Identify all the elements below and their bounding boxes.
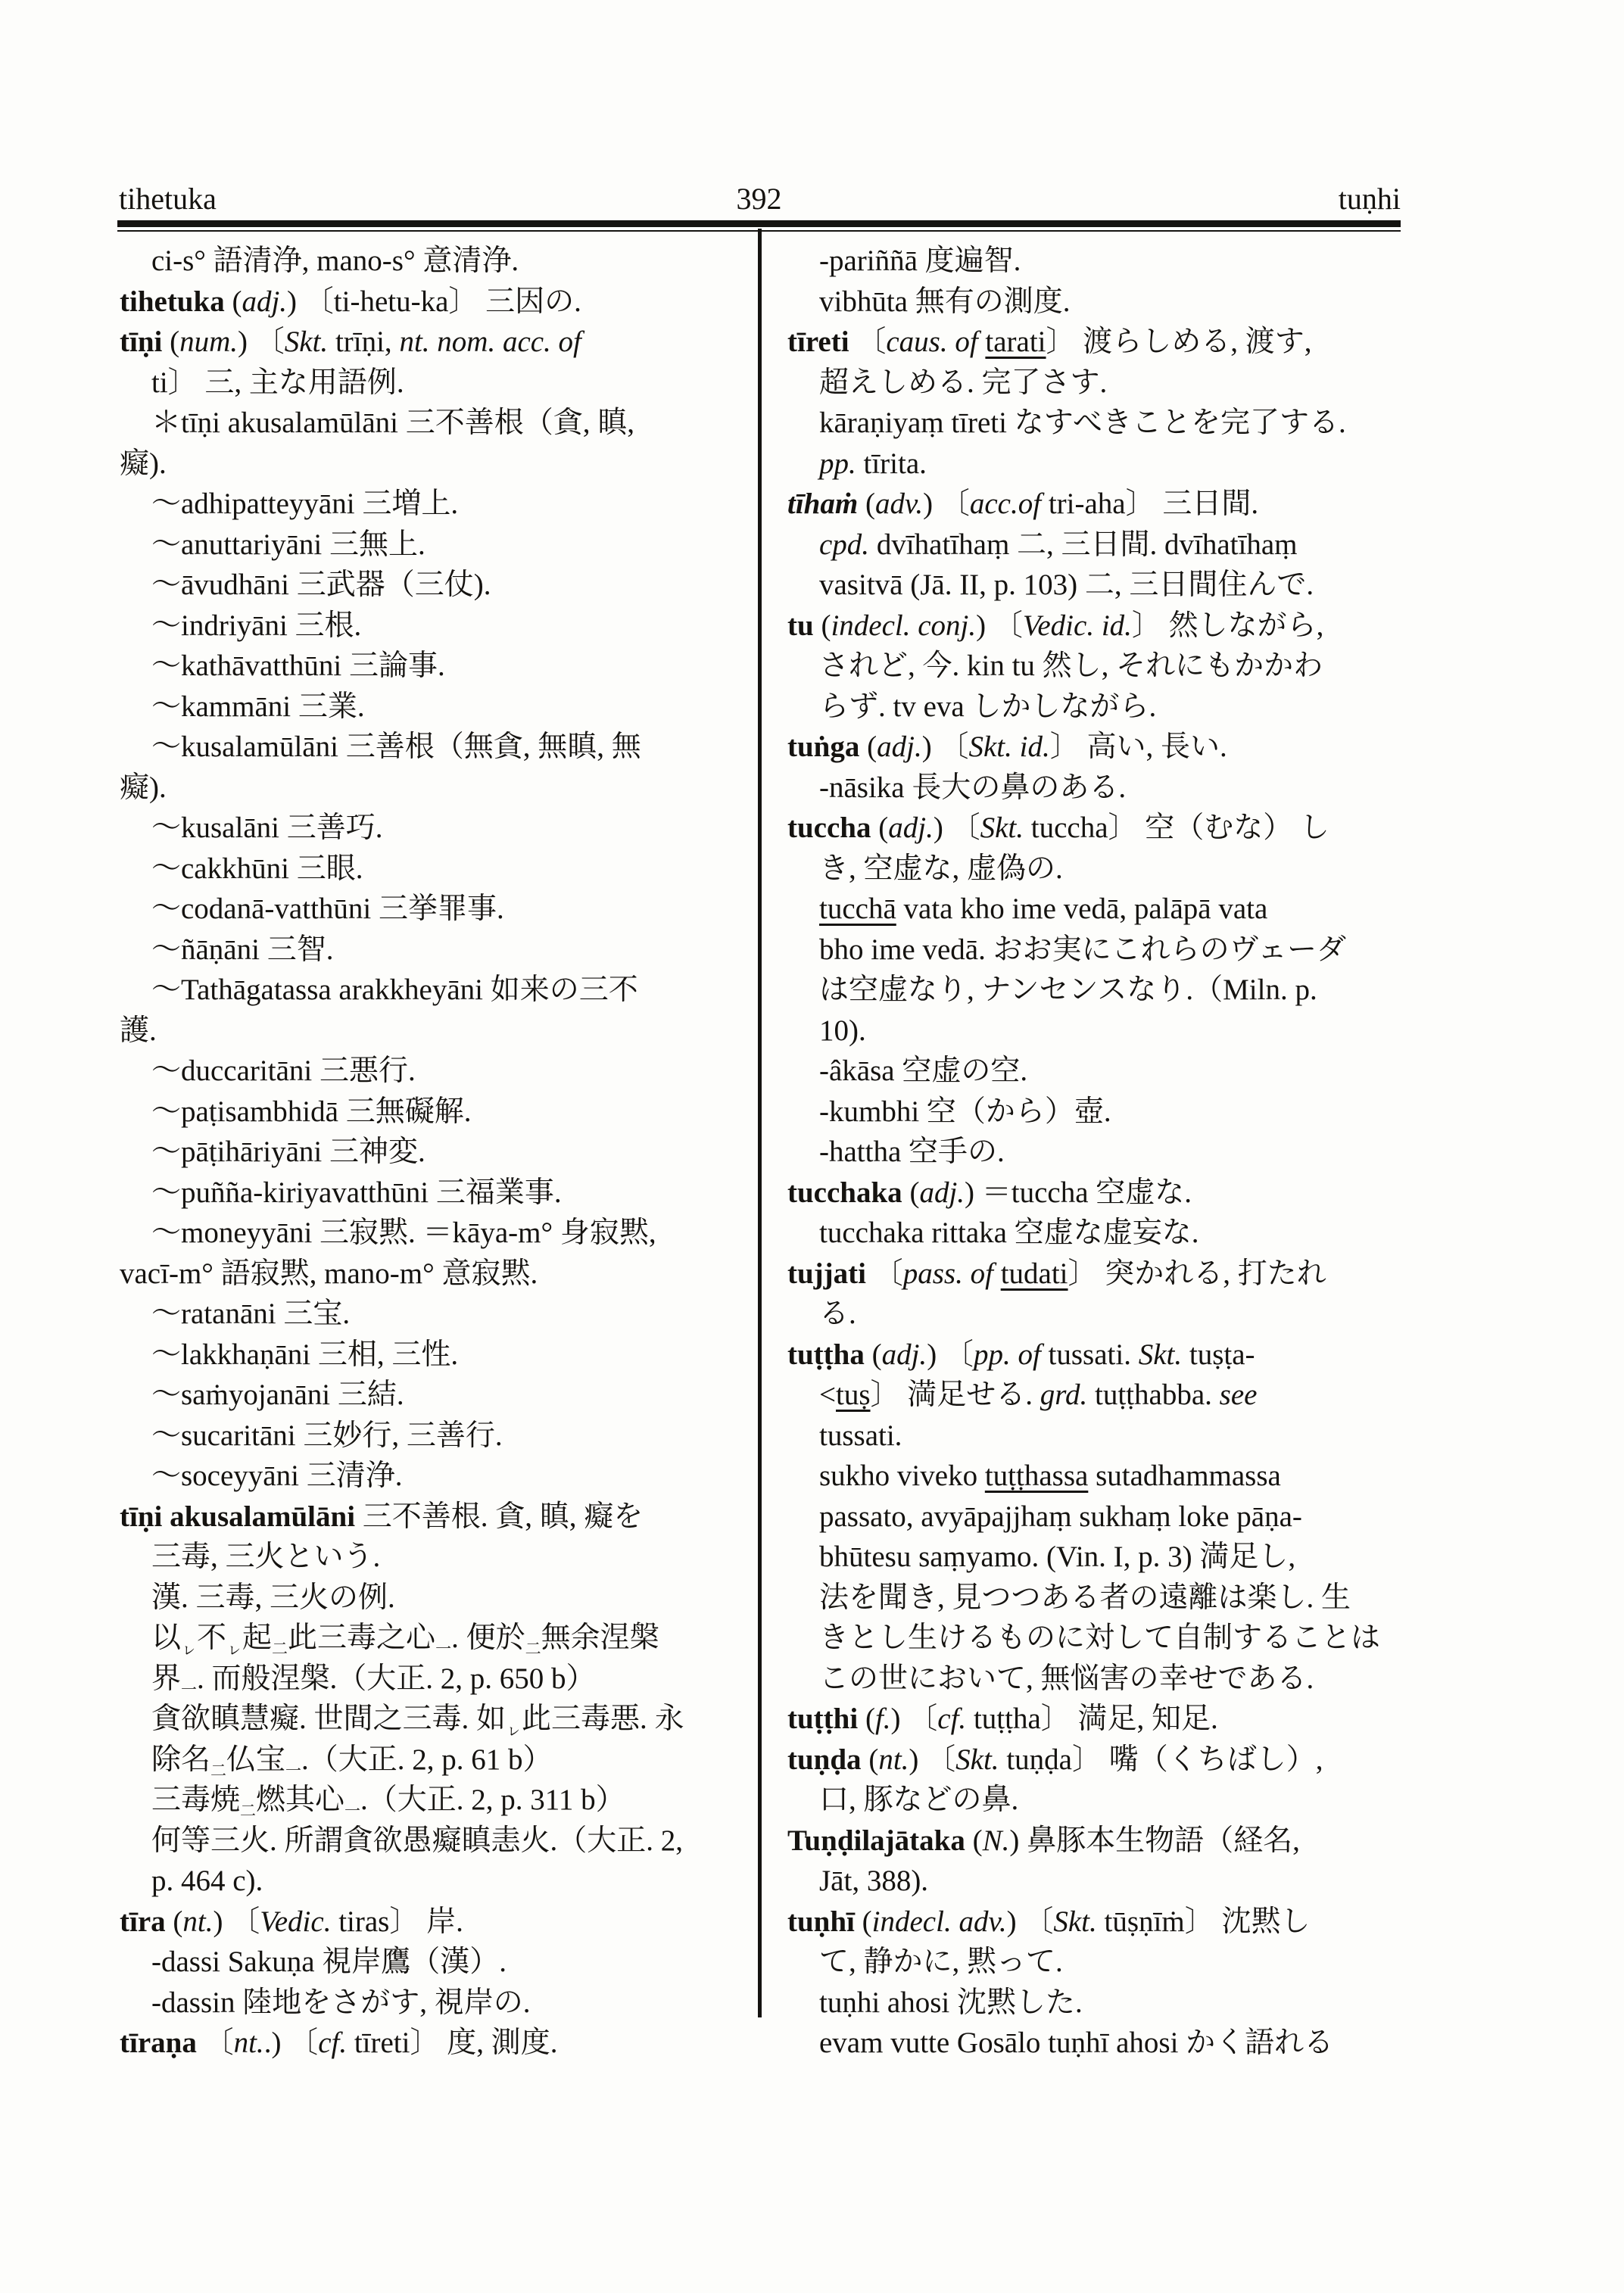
dictionary-line: 貪欲瞋慧癡. 世間之三毒. 如ㇾ此三毒悪. 永 (120, 1699, 756, 1740)
line-text: adj. (882, 1338, 927, 1371)
line-text: 除名 (151, 1743, 210, 1776)
line-text: 〕 渡らしめる, 渡す, (1046, 326, 1312, 358)
dictionary-line: -âkāsa 空虚の空. (787, 1051, 1435, 1092)
line-text: ( (859, 731, 877, 763)
line-text: て, 静かに, 黙って. (819, 1946, 1063, 1978)
dictionary-page: tihetuka 392 tuṇhi ci-s° 語清浄, mano-s° 意清… (0, 0, 1624, 2293)
line-text: ㇾ (226, 1640, 242, 1658)
line-text: 〔 (849, 326, 887, 358)
line-text: 〜kusalamūlāni 三善根（無貪, 無瞋, 無 (151, 731, 641, 763)
dictionary-line: 三毒, 三火という. (120, 1537, 756, 1578)
line-text: 〜āvudhāni 三武器（三仗). (151, 569, 491, 601)
line-text: tuṭṭha〕 満足, 知足. (966, 1703, 1218, 1735)
dictionary-line: pp. tīrita. (787, 444, 1435, 484)
line-text: tuṣ (836, 1379, 871, 1411)
line-text: cpd. (819, 528, 869, 561)
line-text: ( (814, 609, 831, 642)
dictionary-line: この世において, 無悩害の幸せである. (787, 1659, 1435, 1699)
line-text: 〕 然しながら, (1132, 609, 1324, 642)
line-text: -dassi Sakuṇa 視岸鷹（漢）. (151, 1946, 507, 1978)
headword-text: Tuṇḍilajātaka (787, 1824, 965, 1857)
dictionary-line: 10). (787, 1011, 1435, 1051)
line-text (978, 326, 986, 358)
dictionary-line: 〜kusalāni 三善巧. (120, 808, 756, 849)
line-text: 癡). (120, 771, 167, 804)
line-text: 二 (272, 1640, 288, 1658)
dictionary-line: <tuṣ〕 満足せる. grd. tuṭṭhabba. see (787, 1375, 1435, 1416)
line-text: . 便於 (451, 1622, 525, 1654)
line-text (993, 1257, 1001, 1290)
line-text: vacī-m° 語寂黙, mano-m° 意寂黙. (120, 1257, 538, 1290)
line-text: 〜cakkhūni 三眼. (151, 852, 363, 885)
line-text: ㇾ (506, 1721, 522, 1739)
line-text: きとし生けるものに対して自制することは (819, 1622, 1380, 1654)
dictionary-line: tīhaṁ (adv.) 〔acc.of tri-aha〕 三日間. (787, 484, 1435, 525)
dictionary-line: 〜āvudhāni 三武器（三仗). (120, 565, 756, 606)
line-text: 一 (181, 1681, 197, 1699)
headword-text: tuṇhī (787, 1905, 855, 1938)
line-text: ( (858, 488, 875, 520)
dictionary-line: 〜adhipatteyyāni 三増上. (120, 484, 756, 525)
dictionary-line: 〜kammāni 三業. (120, 687, 756, 727)
line-text: sukho viveko (819, 1460, 985, 1492)
line-text: ) 鼻豚本生物語（経名, (1009, 1824, 1300, 1857)
headword-text: tīhaṁ (787, 488, 858, 520)
dictionary-line: -dassin 陸地をさがす, 視岸の. (120, 1983, 756, 2024)
dictionary-line: されど, 今. kin tu 然し, それにもかかわ (787, 646, 1435, 687)
line-text: f. (875, 1703, 891, 1735)
line-text: この世において, 無悩害の幸せである. (819, 1662, 1314, 1695)
line-text: .（大正. 2, p. 311 b） (360, 1784, 625, 1816)
line-text: Vedic. id. (1023, 609, 1132, 642)
line-text: 一 (285, 1762, 301, 1780)
dictionary-line: tuṇḍa (nt.) 〔Skt. tuṇḍa〕 嘴（くちばし）, (787, 1740, 1435, 1781)
line-text: 不 (197, 1622, 226, 1654)
dictionary-line: は空虚なり, ナンセンスなり.（Miln. p. (787, 970, 1435, 1011)
line-text: ti〕 三, 主な用語例. (151, 366, 404, 399)
line-text: acc.of (970, 488, 1041, 520)
dictionary-line: Tuṇḍilajātaka (N.) 鼻豚本生物語（経名, (787, 1821, 1435, 1862)
line-text: 燃其心 (256, 1784, 344, 1816)
dictionary-line: る. (787, 1294, 1435, 1335)
line-text: る. (819, 1298, 856, 1330)
line-text: 口, 豚などの鼻. (819, 1784, 1018, 1816)
dictionary-line: tīreti 〔caus. of tarati〕 渡らしめる, 渡す, (787, 322, 1435, 363)
line-text: ( (855, 1905, 872, 1938)
line-text: 漢. 三毒, 三火の例. (151, 1581, 395, 1614)
line-text: ( (166, 1905, 183, 1938)
dictionary-line: 〜paṭisambhidā 三無礙解. (120, 1092, 756, 1132)
line-text: ) 〔 (934, 812, 980, 844)
dictionary-line: Jāt, 388). (787, 1861, 1435, 1902)
line-text: indecl. adv. (872, 1905, 1007, 1938)
line-text: tussati. (819, 1419, 902, 1452)
line-text: 此三毒悪. 永 (522, 1703, 684, 1735)
dictionary-line: -pariññā 度遍智. (787, 241, 1435, 282)
line-text: p. 464 c). (151, 1865, 263, 1897)
dictionary-line: bho ime vedā. おお実にこれらのヴェーダ (787, 930, 1435, 970)
dictionary-line: ci-s° 語清浄, mano-s° 意清浄. (120, 241, 756, 282)
line-text: adj. (919, 1176, 965, 1209)
dictionary-line: 漢. 三毒, 三火の例. (120, 1578, 756, 1618)
line-text: vasitvā (Jā. II, p. 103) 二, 三日間住んで. (819, 569, 1314, 601)
line-text: ) 〔 (238, 326, 285, 358)
line-text: tudati (1001, 1257, 1068, 1290)
line-text: 〜ratanāni 三宝. (151, 1298, 350, 1330)
dictionary-line: -nāsika 長大の鼻のある. (787, 768, 1435, 808)
dictionary-line: 〜soceyyāni 三清浄. (120, 1456, 756, 1497)
line-text: Skt. (955, 1743, 999, 1776)
headword-text: tu (787, 609, 814, 642)
headword-text: tucchaka (787, 1176, 902, 1209)
dictionary-line: 〜ñāṇāni 三智. (120, 930, 756, 970)
dictionary-line: き, 空虚な, 虚偽の. (787, 849, 1435, 889)
line-text: evam vutte Gosālo tuṇhī ahosi かく語れる (819, 2027, 1333, 2059)
dictionary-line: tīṇi akusalamūlāni 三不善根. 貪, 瞋, 癡を (120, 1497, 756, 1537)
line-text: 〜kathāvatthūni 三論事. (151, 650, 445, 682)
line-text: dvīhatīhaṃ 二, 三日間. dvīhatīhaṃ (869, 528, 1297, 561)
dictionary-line: tussati. (787, 1416, 1435, 1456)
dictionary-line: tīṇi (num.) 〔Skt. trīṇi, nt. nom. acc. o… (120, 322, 756, 363)
line-text: ci-s° 語清浄, mano-s° 意清浄. (151, 245, 519, 277)
line-text: tīreti〕 度, 測度. (347, 2027, 557, 2059)
line-text: tuṭṭhassa (985, 1460, 1088, 1492)
line-text: bho ime vedā. おお実にこれらのヴェーダ (819, 933, 1346, 966)
dictionary-line: 〜lakkhaṇāni 三相, 三性. (120, 1335, 756, 1375)
line-text: ( (871, 812, 889, 844)
line-text: -hattha 空手の. (819, 1136, 1005, 1168)
line-text: は空虚なり, ナンセンスなり.（Miln. p. (819, 974, 1317, 1006)
line-text: 〜ñāṇāni 三智. (151, 933, 333, 966)
line-text: Skt. (1139, 1338, 1182, 1371)
line-text: 〜duccaritāni 三悪行. (151, 1055, 416, 1087)
line-text: 〜anuttariyāni 三無上. (151, 528, 425, 561)
dictionary-line: 〜ratanāni 三宝. (120, 1294, 756, 1335)
line-text: num. (179, 326, 238, 358)
headword-text: tīreti (787, 326, 849, 358)
dictionary-line: tuṅga (adj.) 〔Skt. id.〕 高い, 長い. (787, 727, 1435, 768)
dictionary-line: 界一. 而般涅槃.（大正. 2, p. 650 b） (120, 1659, 756, 1699)
dictionary-line: きとし生けるものに対して自制することは (787, 1618, 1435, 1659)
line-text: . 而般涅槃.（大正. 2, p. 650 b） (197, 1662, 596, 1695)
dictionary-line: tīra (nt.) 〔Vedic. tiras〕 岸. (120, 1902, 756, 1943)
dictionary-line: p. 464 c). (120, 1861, 756, 1902)
line-text: indecl. conj. (831, 609, 976, 642)
dictionary-line: 〜kusalamūlāni 三善根（無貪, 無瞋, 無 (120, 727, 756, 768)
dictionary-line: 〜kathāvatthūni 三論事. (120, 646, 756, 687)
dictionary-line: 法を聞き, 見つつある者の遠離は楽し. 生 (787, 1578, 1435, 1618)
dictionary-line: vasitvā (Jā. II, p. 103) 二, 三日間住んで. (787, 565, 1435, 606)
line-text: ) 〔 (976, 609, 1023, 642)
line-text: see (1220, 1379, 1258, 1411)
line-text: き, 空虚な, 虚偽の. (819, 852, 1063, 885)
line-text: 〜kusalāni 三善巧. (151, 812, 382, 844)
headword-text: tīra (120, 1905, 166, 1938)
line-text: tucchā (819, 893, 896, 925)
dictionary-line: 癡). (120, 444, 756, 484)
dictionary-line: 除名二仏宝一.（大正. 2, p. 61 b） (120, 1740, 756, 1781)
running-head: tihetuka 392 tuṇhi (117, 180, 1401, 218)
line-text: tuṇhi ahosi 沈黙した. (819, 1986, 1083, 2019)
line-text: 貪欲瞋慧癡. 世間之三毒. 如 (151, 1703, 506, 1735)
line-text: adj. (242, 285, 287, 318)
dictionary-line: tuṭṭha (adj.) 〔pp. of tussati. Skt. tuṣṭ… (787, 1335, 1435, 1375)
line-text: ) 〔 (909, 1743, 955, 1776)
dictionary-line: cpd. dvīhatīhaṃ 二, 三日間. dvīhatīhaṃ (787, 525, 1435, 565)
line-text: 二 (240, 1802, 256, 1820)
line-text: tri-aha〕 三日間. (1041, 488, 1258, 520)
dictionary-line: 護. (120, 1011, 756, 1051)
line-text: 一 (344, 1802, 360, 1820)
page-number: 392 (117, 180, 1401, 218)
dictionary-line: 〜moneyyāni 三寂黙. ＝kāya-m° 身寂黙, (120, 1213, 756, 1254)
line-text: tussati. (1041, 1338, 1139, 1371)
line-text: 三毒, 三火という. (151, 1541, 380, 1573)
line-text: 護. (120, 1014, 157, 1047)
dictionary-line: 以ㇾ不ㇾ起二此三毒之心一. 便於二無余涅槃 (120, 1618, 756, 1659)
headword-text: tīraṇa (120, 2027, 197, 2059)
line-text: cf. (318, 2027, 347, 2059)
dictionary-line: tucchaka rittaka 空虚な虚妄な. (787, 1213, 1435, 1254)
line-text: 〜codanā-vatthūni 三挙罪事. (151, 893, 504, 925)
line-text: adj. (888, 812, 934, 844)
line-text: tīrita. (856, 447, 927, 480)
line-text: 二 (210, 1762, 226, 1780)
line-text: 〜lakkhaṇāni 三相, 三性. (151, 1338, 458, 1371)
dictionary-line: ＊tīṇi akusalamūlāni 三不善根（貪, 瞋, (120, 403, 756, 444)
dictionary-line: tu (indecl. conj.) 〔Vedic. id.〕 然しながら, (787, 606, 1435, 646)
line-text: ( (862, 1743, 879, 1776)
line-text: tiras〕 岸. (331, 1905, 463, 1938)
headword-text: tujjati (787, 1257, 866, 1290)
line-text: ) 〔 (1007, 1905, 1054, 1938)
dictionary-line: tuṇhi ahosi 沈黙した. (787, 1983, 1435, 2024)
line-text: Skt. (285, 326, 328, 358)
line-text: 三毒焼 (151, 1784, 240, 1816)
line-text: 仏宝 (226, 1743, 285, 1776)
line-text: -dassin 陸地をさがす, 視岸の. (151, 1986, 531, 2019)
line-text: Jāt, 388). (819, 1865, 928, 1897)
line-text: 以 (151, 1622, 181, 1654)
line-text: N. (983, 1824, 1010, 1857)
line-text: ( (965, 1824, 983, 1857)
dictionary-line: 〜puñña-kiriyavatthūni 三福業事. (120, 1173, 756, 1213)
line-text: nt. nom. acc. of (399, 326, 581, 358)
line-text: 〔 (866, 1257, 903, 1290)
dictionary-line: vacī-m° 語寂黙, mano-m° 意寂黙. (120, 1254, 756, 1294)
line-text: ㇾ (181, 1640, 197, 1658)
line-text: tuṭṭhabba. (1087, 1379, 1219, 1411)
dictionary-line: -kumbhi 空（から）壺. (787, 1092, 1435, 1132)
dictionary-line: -dassi Sakuṇa 視岸鷹（漢）. (120, 1942, 756, 1983)
line-text: .) 〔 (264, 2027, 319, 2059)
headword-text: tīṇi akusalamūlāni (120, 1500, 355, 1533)
line-text: 〜sucaritāni 三妙行, 三善行. (151, 1419, 503, 1452)
dictionary-line: 癡). (120, 768, 756, 808)
line-text: 何等三火. 所謂貪欲愚癡瞋恚火.（大正. 2, (151, 1824, 683, 1857)
line-text: 〔 (197, 2027, 234, 2059)
line-text: -nāsika 長大の鼻のある. (819, 771, 1126, 804)
right-column: -pariññā 度遍智.vibhūta 無有の測度.tīreti 〔caus.… (787, 241, 1435, 2064)
line-text: -âkāsa 空虚の空. (819, 1055, 1027, 1087)
dictionary-line: sukho viveko tuṭṭhassa sutadhammassa (787, 1456, 1435, 1497)
dictionary-line: kāraṇiyaṃ tīreti なすべきことを完了する. (787, 403, 1435, 444)
line-text: 法を聞き, 見つつある者の遠離は楽し. 生 (819, 1581, 1351, 1614)
line-text: 〜soceyyāni 三清浄. (151, 1460, 402, 1492)
headword-text: tuṅga (787, 731, 859, 763)
line-text: -pariññā 度遍智. (819, 245, 1021, 277)
line-text: されど, 今. kin tu 然し, それにもかかわ (819, 650, 1323, 682)
dictionary-line: て, 静かに, 黙って. (787, 1942, 1435, 1983)
line-text: -kumbhi 空（から）壺. (819, 1095, 1111, 1128)
line-text: < (819, 1379, 836, 1411)
line-text: tuccha〕 空（むな） し (1024, 812, 1329, 844)
line-text: Skt. (980, 812, 1024, 844)
line-text: ) 〔 (922, 731, 969, 763)
dictionary-line: tuṭṭhi (f.) 〔cf. tuṭṭha〕 満足, 知足. (787, 1699, 1435, 1740)
headword-text: tuṭṭhi (787, 1703, 858, 1735)
headword-text: tīṇi (120, 326, 162, 358)
line-text: 〕 突かれる, 打たれ (1068, 1257, 1326, 1290)
dictionary-line: 〜saṁyojanāni 三結. (120, 1375, 756, 1416)
dictionary-line: 超えしめる. 完了さす. (787, 363, 1435, 403)
line-text: nt. (878, 1743, 909, 1776)
headword-text: tuccha (787, 812, 871, 844)
dictionary-line: passato, avyāpajjhaṃ sukhaṃ loke pāṇa- (787, 1497, 1435, 1537)
dictionary-line: tucchaka (adj.) ＝tuccha 空虚な. (787, 1173, 1435, 1213)
dictionary-line: ti〕 三, 主な用語例. (120, 363, 756, 403)
line-text: vata kho ime vedā, palāpā vata (896, 893, 1268, 925)
dictionary-line: 〜sucaritāni 三妙行, 三善行. (120, 1416, 756, 1456)
dictionary-line: 〜duccaritāni 三悪行. (120, 1051, 756, 1092)
line-text: ( (865, 1338, 882, 1371)
line-text: adv. (875, 488, 923, 520)
line-text: ( (902, 1176, 920, 1209)
line-text: 超えしめる. 完了さす. (819, 366, 1107, 399)
line-text: .（大正. 2, p. 61 b） (301, 1743, 553, 1776)
dictionary-line: tucchā vata kho ime vedā, palāpā vata (787, 889, 1435, 930)
line-text: pp. of (974, 1338, 1041, 1371)
line-text: 〜saṁyojanāni 三結. (151, 1379, 404, 1411)
dictionary-line: 〜anuttariyāni 三無上. (120, 525, 756, 565)
line-text: bhūtesu saṃyamo. (Vin. I, p. 3) 満足し, (819, 1541, 1295, 1573)
line-text: sutadhammassa (1088, 1460, 1281, 1492)
line-text: pass. of (903, 1257, 993, 1290)
line-text: 〕 満足せる. (871, 1379, 1040, 1411)
line-text: らず. tv eva しかしながら. (819, 690, 1156, 723)
dictionary-line: 〜codanā-vatthūni 三挙罪事. (120, 889, 756, 930)
headword-text: tihetuka (120, 285, 225, 318)
line-text: 界 (151, 1662, 181, 1695)
headword-text: tuṭṭha (787, 1338, 865, 1371)
dictionary-line: -hattha 空手の. (787, 1132, 1435, 1173)
dictionary-line: 三毒焼二燃其心一.（大正. 2, p. 311 b） (120, 1780, 756, 1821)
line-text: pp. (819, 447, 856, 480)
dictionary-line: vibhūta 無有の測度. (787, 282, 1435, 322)
header-rule-thick (117, 220, 1401, 227)
line-text: tucchaka rittaka 空虚な虚妄な. (819, 1217, 1199, 1249)
line-text: Skt. id. (968, 731, 1049, 763)
line-text: ) 〔 (923, 488, 970, 520)
dictionary-line: tihetuka (adj.) 〔ti-hetu-ka〕 三因の. (120, 282, 756, 322)
dictionary-line: 何等三火. 所謂貪欲愚癡瞋恚火.（大正. 2, (120, 1821, 756, 1862)
line-text: adj. (877, 731, 922, 763)
line-text: 〜pāṭihāriyāni 三神変. (151, 1136, 425, 1168)
running-head-right-word: tuṇhi (1339, 180, 1401, 218)
dictionary-line: 口, 豚などの鼻. (787, 1780, 1435, 1821)
line-text: Vedic. (260, 1905, 331, 1938)
line-text: ) 〔 (213, 1905, 260, 1938)
dictionary-line: 〜Tathāgatassa arakkheyāni 如来の三不 (120, 970, 756, 1011)
line-text: Skt. (1053, 1905, 1096, 1938)
line-text: 〜adhipatteyyāni 三増上. (151, 488, 458, 520)
line-text: 無余涅槃 (541, 1622, 659, 1654)
line-text: trīṇi, (328, 326, 399, 358)
dictionary-line: tuccha (adj.) 〔Skt. tuccha〕 空（むな） し (787, 808, 1435, 849)
line-text: 〜paṭisambhidā 三無礙解. (151, 1095, 471, 1128)
line-text: vibhūta 無有の測度. (819, 285, 1070, 318)
line-text: 〜kammāni 三業. (151, 690, 365, 723)
line-text: 一 (435, 1640, 451, 1658)
line-text: tuṇḍa〕 嘴（くちばし）, (999, 1743, 1323, 1776)
line-text: ( (225, 285, 242, 318)
dictionary-line: らず. tv eva しかしながら. (787, 687, 1435, 727)
line-text: ) 〔 (927, 1338, 974, 1371)
dictionary-line: 〜cakkhūni 三眼. (120, 849, 756, 889)
line-text: ( (162, 326, 179, 358)
line-text: tūṣṇīṁ〕 沈黙し (1097, 1905, 1311, 1938)
line-text: ) 〔 (891, 1703, 938, 1735)
line-text: grd. (1040, 1379, 1087, 1411)
line-text: 〕 高い, 長い. (1050, 731, 1227, 763)
line-text: ＊tīṇi akusalamūlāni 三不善根（貪, 瞋, (151, 407, 634, 439)
line-text: kāraṇiyaṃ tīreti なすべきことを完了する. (819, 407, 1346, 439)
dictionary-line: 〜indriyāni 三根. (120, 606, 756, 646)
line-text: ( (858, 1703, 875, 1735)
line-text: 起 (242, 1622, 272, 1654)
line-text: 〜indriyāni 三根. (151, 609, 361, 642)
dictionary-line: tīraṇa 〔nt..) 〔cf. tīreti〕 度, 測度. (120, 2023, 756, 2064)
line-text: nt. (234, 2027, 264, 2059)
column-divider (758, 229, 762, 2017)
dictionary-line: evam vutte Gosālo tuṇhī ahosi かく語れる (787, 2023, 1435, 2064)
left-column: ci-s° 語清浄, mano-s° 意清浄.tihetuka (adj.) 〔… (120, 241, 756, 2064)
line-text: 二 (525, 1640, 541, 1658)
line-text: tarati (985, 326, 1046, 358)
dictionary-line: tuṇhī (indecl. adv.) 〔Skt. tūṣṇīṁ〕 沈黙し (787, 1902, 1435, 1943)
line-text: ) 〔ti-hetu-ka〕 三因の. (287, 285, 581, 318)
line-text: 10). (819, 1014, 866, 1047)
line-text: 〜puñña-kiriyavatthūni 三福業事. (151, 1176, 562, 1209)
line-text: tuṣṭa- (1182, 1338, 1255, 1371)
dictionary-line: 〜pāṭihāriyāni 三神変. (120, 1132, 756, 1173)
line-text: caus. of (886, 326, 977, 358)
line-text: 〜Tathāgatassa arakkheyāni 如来の三不 (151, 974, 638, 1006)
line-text: 三不善根. 貪, 瞋, 癡を (355, 1500, 643, 1533)
line-text: 此三毒之心 (288, 1622, 435, 1654)
headword-text: tuṇḍa (787, 1743, 862, 1776)
line-text: 癡). (120, 447, 167, 480)
line-text: 〜moneyyāni 三寂黙. ＝kāya-m° 身寂黙, (151, 1217, 656, 1249)
line-text: passato, avyāpajjhaṃ sukhaṃ loke pāṇa- (819, 1500, 1302, 1533)
line-text: cf. (937, 1703, 966, 1735)
line-text: nt. (182, 1905, 213, 1938)
dictionary-line: tujjati 〔pass. of tudati〕 突かれる, 打たれ (787, 1254, 1435, 1294)
line-text: ) ＝tuccha 空虚な. (965, 1176, 1192, 1209)
dictionary-line: bhūtesu saṃyamo. (Vin. I, p. 3) 満足し, (787, 1537, 1435, 1578)
